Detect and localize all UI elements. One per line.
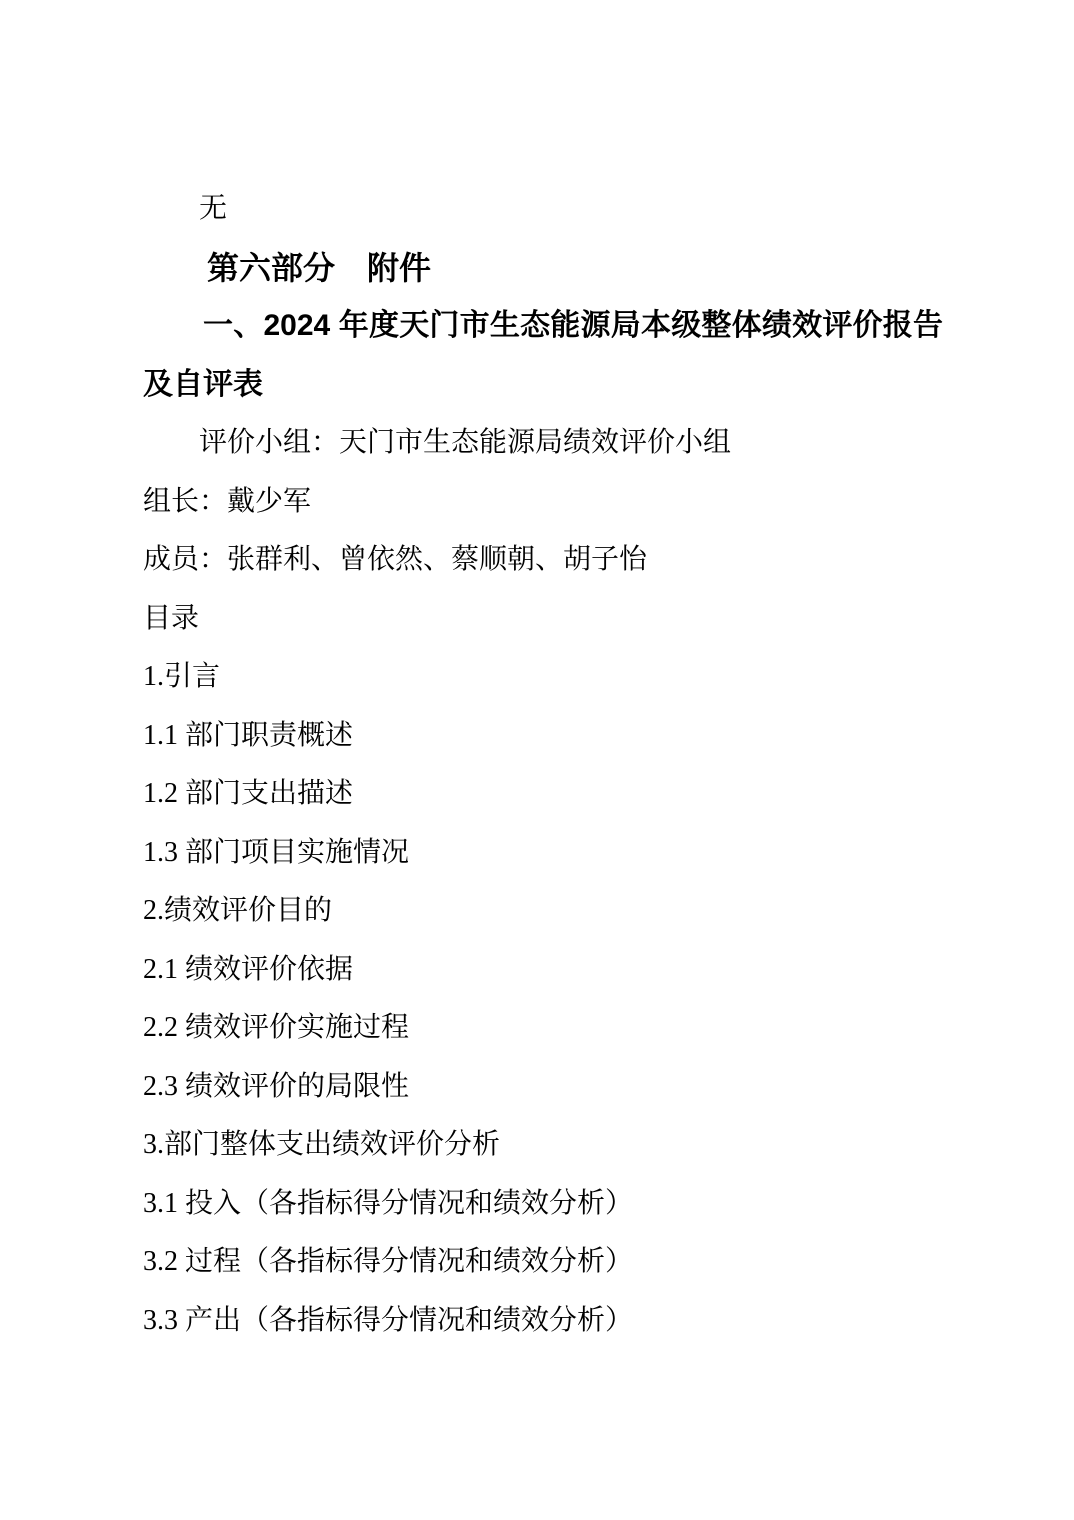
paragraph-none: 无 bbox=[143, 180, 943, 239]
toc-title: 目录 bbox=[143, 590, 943, 649]
team-members-line: 成员：张群利、曾依然、蔡顺朝、胡子怡 bbox=[143, 531, 943, 590]
toc-item-3-analysis: 3.部门整体支出绩效评价分析 bbox=[143, 1116, 943, 1175]
toc-item-2-3-limitations: 2.3 绩效评价的局限性 bbox=[143, 1058, 943, 1117]
team-leader-line: 组长：戴少军 bbox=[143, 473, 943, 532]
toc-item-2-purpose: 2.绩效评价目的 bbox=[143, 882, 943, 941]
section-six-heading: 第六部分 附件 bbox=[143, 239, 943, 298]
toc-item-2-2-process: 2.2 绩效评价实施过程 bbox=[143, 999, 943, 1058]
toc-item-3-3-output: 3.3 产出（各指标得分情况和绩效分析） bbox=[143, 1292, 943, 1351]
toc-item-1-1-duties: 1.1 部门职责概述 bbox=[143, 707, 943, 766]
document-page: 无 第六部分 附件 一、2024 年度天门市生态能源局本级整体绩效评价报告及自评… bbox=[0, 0, 1074, 1520]
toc-item-2-1-basis: 2.1 绩效评价依据 bbox=[143, 941, 943, 1000]
toc-item-3-1-input: 3.1 投入（各指标得分情况和绩效分析） bbox=[143, 1175, 943, 1234]
evaluation-team-line: 评价小组：天门市生态能源局绩效评价小组 bbox=[143, 414, 943, 473]
toc-item-1-2-expenditure: 1.2 部门支出描述 bbox=[143, 765, 943, 824]
toc-item-1-intro: 1.引言 bbox=[143, 648, 943, 707]
toc-item-3-2-process: 3.2 过程（各指标得分情况和绩效分析） bbox=[143, 1233, 943, 1292]
attachment-one-heading: 一、2024 年度天门市生态能源局本级整体绩效评价报告及自评表 bbox=[143, 297, 943, 414]
toc-item-1-3-projects: 1.3 部门项目实施情况 bbox=[143, 824, 943, 883]
